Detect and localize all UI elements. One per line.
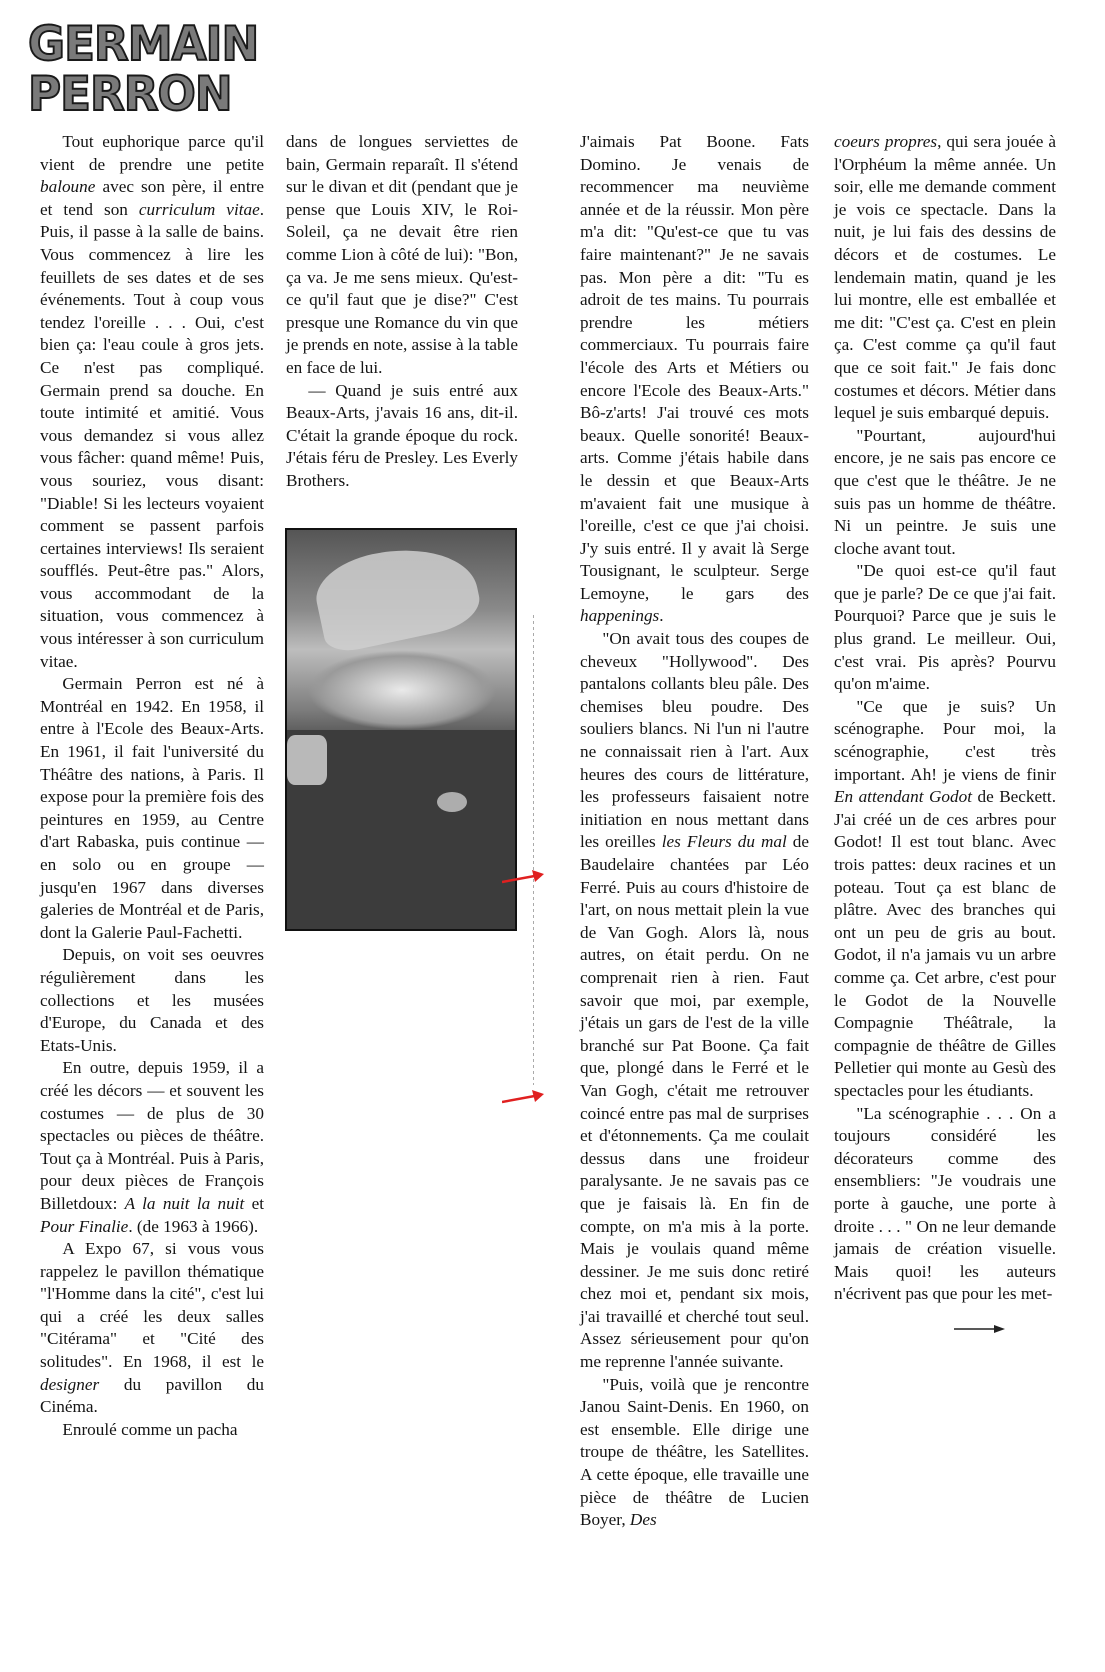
paragraph-expo67: A Expo 67, si vous vous rappelez le pavi… [40,1238,264,1419]
paragraph-hollywood: "On avait tous des coupes de cheveux "Ho… [580,628,809,1374]
paragraph-janou: "Puis, voilà que je rencontre Janou Sain… [580,1374,809,1532]
paragraph-beaux-arts: — Quand je suis entré aux Beaux-Arts, j'… [286,380,518,493]
column-1: Tout euphorique parce qu'il vient de pre… [40,131,264,1441]
column-2: dans de longues serviettes de bain, Germ… [286,131,518,493]
paragraph-scenographe: "Ce que je suis? Un scénographe. Pour mo… [834,696,1056,1103]
red-arrow-icon [502,870,546,884]
text: En outre, depuis 1959, il a créé les déc… [40,1058,264,1213]
text: . [659,606,663,625]
text: de Beckett. J'ai créé un de ces arbres p… [834,787,1056,1100]
paragraph-scenographie: "La scénographie . . . On a toujours con… [834,1103,1056,1306]
emphasis: curriculum vitae [139,200,260,219]
title-last-name: PERRON [28,70,258,120]
paragraph-pat-boone: J'aimais Pat Boone. Fats Domino. Je vena… [580,131,809,628]
paragraph-serviettes: dans de longues serviettes de bain, Germ… [286,131,518,380]
text: de Baudelaire chantées par Léo Ferré. Pu… [580,832,809,1371]
text: A Expo 67, si vous vous rappelez le pavi… [40,1239,264,1371]
paragraph-bio: Germain Perron est né à Montréal en 1942… [40,673,264,944]
text: "Puis, voilà que je rencontre Janou Sain… [580,1375,809,1530]
play-title: A la nuit la nuit [125,1194,245,1213]
article-title: GERMAIN PERRON [28,20,268,120]
paragraph-de-quoi: "De quoi est-ce qu'il faut que je parle?… [834,560,1056,696]
text: , qui sera jouée à l'Orphéum la même ann… [834,132,1056,422]
book-title: les Fleurs du mal [662,832,787,851]
title-first-name: GERMAIN [28,20,258,70]
text: J'aimais Pat Boone. Fats Domino. Je vena… [580,132,809,603]
emphasis: designer [40,1375,99,1394]
paragraph-collections: Depuis, on voit ses oeuvres régulièremen… [40,944,264,1057]
column-3: J'aimais Pat Boone. Fats Domino. Je vena… [580,131,809,1532]
text: "On avait tous des coupes de cheveux "Ho… [580,629,809,851]
photo-hat-shape [309,534,484,655]
column-4: coeurs propres, qui sera jouée à l'Orphé… [834,131,1056,1306]
text: "Ce que je suis? Un scénographe. Pour mo… [834,697,1056,784]
scan-artifact-line [533,615,534,1085]
play-title: Pour Finalie [40,1217,128,1236]
photo-highlight [437,792,467,812]
text: . (de 1963 à 1966). [128,1217,258,1236]
paragraph-coeurs-propres: coeurs propres, qui sera jouée à l'Orphé… [834,131,1056,425]
emphasis: baloune [40,177,95,196]
play-title: En attendant Godot [834,787,972,806]
emphasis: happenings [580,606,659,625]
play-title: Des [630,1510,657,1529]
red-arrow-icon [502,1090,546,1104]
paragraph-intro: Tout euphorique parce qu'il vient de pre… [40,131,264,673]
text: et [244,1194,264,1213]
text: Tout euphorique parce qu'il vient de pre… [40,132,264,174]
paragraph-decors: En outre, depuis 1959, il a créé les déc… [40,1057,264,1238]
photo-highlight [287,735,327,785]
portrait-photo [285,528,517,931]
photo-shirt-shape [307,650,497,730]
paragraph-pourtant: "Pourtant, aujourd'hui encore, je ne sai… [834,425,1056,561]
continued-arrow-icon [954,1324,1006,1334]
play-title: coeurs propres [834,132,937,151]
text: . Puis, il passe à la salle de bains. Vo… [40,200,264,671]
paragraph-pacha: Enroulé comme un pacha [40,1419,264,1442]
